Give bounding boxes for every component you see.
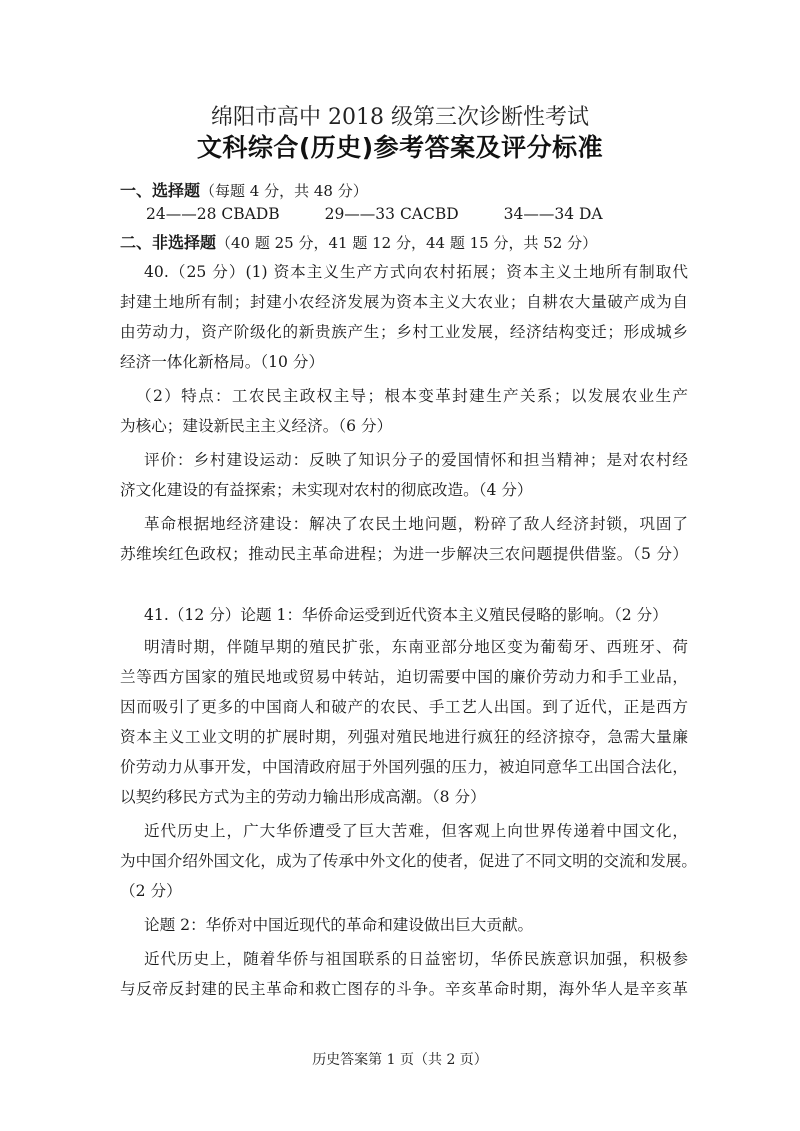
answer-group: 29——33 CACBD (325, 205, 459, 223)
q41-line: 近代历史上，随着华侨与祖国联系的日益密切，华侨民族意识加强，积极参 (144, 949, 688, 969)
q41-line: 资本主义工业文明的扩展时期，列强对殖民地进行疯狂的经济掠夺，急需大量廉 (120, 727, 688, 747)
q41-line: 以契约移民方式为主的劳动力输出形成高潮。（8 分） (120, 787, 688, 807)
section-1-note: （每题 4 分，共 48 分） (200, 182, 368, 200)
q41-line: 兰等西方国家的殖民地或贸易中转站，迫切需要中国的廉价劳动力和手工业品， (120, 667, 688, 687)
exam-title: 绵阳市高中 2018 级第三次诊断性考试 (0, 100, 800, 131)
q40-line: 济文化建设的有益探索；未实现对农村的彻底改造。（4 分） (120, 480, 688, 500)
q41-line: 41.（12 分）论题 1：华侨命运受到近代资本主义殖民侵略的影响。（2 分） (144, 605, 688, 625)
section-1-heading-row: 一、选择题（每题 4 分，共 48 分） (120, 181, 688, 201)
q41-line: 明清时期，伴随早期的殖民扩张，东南亚部分地区变为葡萄牙、西班牙、荷 (144, 637, 688, 657)
q40-line: 评价：乡村建设运动：反映了知识分子的爱国情怀和担当精神；是对农村经 (144, 450, 688, 470)
answer-group: 34——34 DA (504, 205, 603, 223)
q40-line: 革命根据地经济建设：解决了农民土地问题，粉碎了敌人经济封锁，巩固了 (144, 514, 688, 534)
section-2-heading: 二、非选择题 (120, 233, 216, 252)
document-title: 文科综合(历史)参考答案及评分标准 (0, 128, 800, 164)
q41-line: 价劳动力从事开发，中国清政府屈于外国列强的压力，被迫同意华工出国合法化， (120, 757, 688, 777)
answer-group: 24——28 CBADB (146, 205, 280, 223)
q41-line: 为中国介绍外国文化，成为了传承中外文化的使者，促进了不同文明的交流和发展。 (120, 851, 688, 871)
q40-line: 经济一体化新格局。（10 分） (120, 352, 688, 372)
q40-line: 40.（25 分）(1) 资本主义生产方式向农村拓展；资本主义土地所有制取代 (144, 262, 688, 282)
q40-line: 为核心；建设新民主主义经济。（6 分） (120, 416, 688, 436)
section-2-note: （40 题 25 分，41 题 12 分，44 题 15 分，共 52 分） (216, 234, 597, 252)
q40-line: 由劳动力，资产阶级化的新贵族产生；乡村工业发展，经济结构变迁；形成城乡 (120, 322, 688, 342)
page-footer: 历史答案第 1 页（共 2 页） (0, 1049, 800, 1069)
q41-line: 近代历史上，广大华侨遭受了巨大苦难，但客观上向世界传递着中国文化， (144, 821, 688, 841)
section-1-heading: 一、选择题 (120, 181, 200, 200)
answer-key-page: 绵阳市高中 2018 级第三次诊断性考试 文科综合(历史)参考答案及评分标准 一… (0, 0, 800, 1131)
section-2-heading-row: 二、非选择题（40 题 25 分，41 题 12 分，44 题 15 分，共 5… (120, 233, 688, 253)
q41-line: 论题 2：华侨对中国近现代的革命和建设做出巨大贡献。 (144, 915, 688, 935)
q40-line: 苏维埃红色政权；推动民主革命进程；为进一步解决三农问题提供借鉴。（5 分） (120, 544, 688, 564)
multiple-choice-answers: 24——28 CBADB 29——33 CACBD 34——34 DA (146, 205, 643, 223)
q40-line: 封建土地所有制；封建小农经济发展为资本主义大农业；自耕农大量破产成为自 (120, 292, 688, 312)
q41-line: （2 分） (120, 881, 688, 901)
q41-line: 因而吸引了更多的中国商人和破产的农民、手工艺人出国。到了近代，正是西方 (120, 697, 688, 717)
q41-line: 与反帝反封建的民主革命和救亡图存的斗争。辛亥革命时期，海外华人是辛亥革 (120, 979, 688, 999)
q40-line: （2）特点：工农民主政权主导；根本变革封建生产关系；以发展农业生产 (136, 386, 688, 406)
